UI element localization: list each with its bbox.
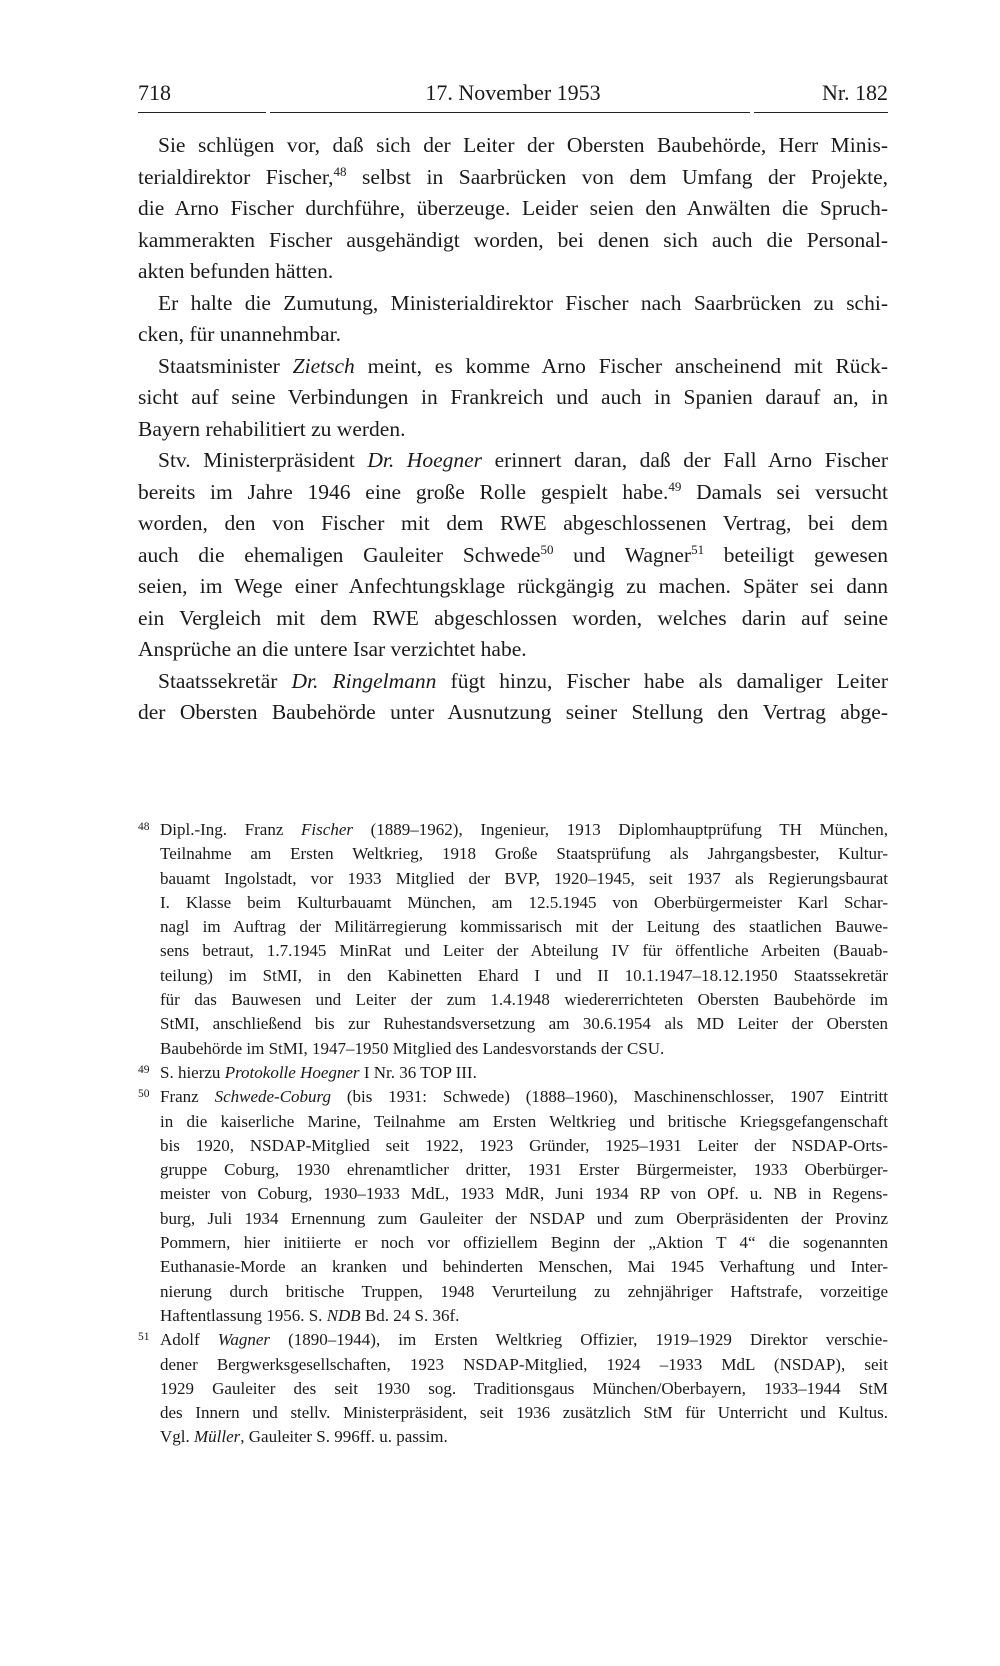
- text-run: Franz: [160, 1087, 215, 1106]
- body-line: auch die ehemaligen Gauleiter Schwede50 …: [138, 540, 888, 572]
- footnote-line: Pommern, hier initiierte er noch vor off…: [160, 1231, 888, 1255]
- footnote-line: bis 1920, NSDAP-Mitglied seit 1922, 1923…: [160, 1134, 888, 1158]
- text-run: die Arno Fischer durchführe, überzeuge. …: [138, 196, 888, 220]
- footnote-50: 50Franz Schwede-Coburg (bis 1931: Schwed…: [138, 1085, 888, 1328]
- body-line: sicht auf seine Verbindungen in Frankrei…: [138, 382, 888, 414]
- footnote-line: Adolf Wagner (1890–1944), im Ersten Welt…: [160, 1328, 888, 1352]
- text-run: Baubehörde im StMI, 1947–1950 Mitglied d…: [160, 1039, 664, 1058]
- text-run: ein Vergleich mit dem RWE abgeschlossen …: [138, 606, 888, 630]
- footnote-line: Vgl. Müller, Gauleiter S. 996ff. u. pass…: [160, 1425, 888, 1449]
- footnote-line: I. Klasse beim Kulturbauamt München, am …: [160, 891, 888, 915]
- text-run: Vgl.: [160, 1427, 194, 1446]
- footnote-reference[interactable]: 50: [540, 542, 553, 557]
- text-run: meint, es komme Arno Fischer anscheinend…: [355, 354, 888, 378]
- footnote-line: nierung durch britische Truppen, 1948 Ve…: [160, 1280, 888, 1304]
- footnote-line: Baubehörde im StMI, 1947–1950 Mitglied d…: [160, 1037, 888, 1061]
- footnote-line: meister von Coburg, 1930–1933 MdL, 1933 …: [160, 1182, 888, 1206]
- running-head-date: 17. November 1953: [138, 78, 888, 108]
- footnote-number: 51: [138, 1325, 150, 1349]
- footnotes: 48Dipl.-Ing. Franz Fischer (1889–1962), …: [138, 818, 888, 1450]
- body-line: Staatssekretär Dr. Ringelmann fügt hinzu…: [138, 666, 888, 698]
- footnote-line: bauamt Ingolstadt, vor 1933 Mitglied der…: [160, 867, 888, 891]
- text-run: bis 1920, NSDAP-Mitglied seit 1922, 1923…: [160, 1136, 888, 1155]
- body-line: kammerakten Fischer ausgehändigt worden,…: [138, 225, 888, 257]
- book-page: 718 17. November 1953 Nr. 182 Sie schlüg…: [138, 78, 888, 729]
- body-line: Ansprüche an die untere Isar verzichtet …: [138, 634, 888, 666]
- footnote-reference[interactable]: 48: [334, 164, 347, 179]
- text-run: fügt hinzu, Fischer habe als damaliger L…: [436, 669, 888, 693]
- italic-name: Schwede-Coburg: [215, 1087, 331, 1106]
- body-line: terialdirektor Fischer,48 selbst in Saar…: [138, 162, 888, 194]
- text-run: beteiligt gewesen: [704, 543, 888, 567]
- footnote-line: gruppe Coburg, 1930 ehrenamtlicher dritt…: [160, 1158, 888, 1182]
- footnote-line: Dipl.-Ing. Franz Fischer (1889–1962), In…: [160, 818, 888, 842]
- text-run: , Gauleiter S. 996ff. u. passim.: [240, 1427, 447, 1446]
- footnote-line: Teilnahme am Ersten Weltkrieg, 1918 Groß…: [160, 842, 888, 866]
- text-run: dener Bergwerksgesellschaften, 1923 NSDA…: [160, 1355, 888, 1374]
- text-run: selbst in Saarbrücken von dem Umfang der…: [347, 165, 888, 189]
- text-run: Staatssekretär: [158, 669, 292, 693]
- text-run: Damals sei versucht: [681, 480, 888, 504]
- footnote-reference[interactable]: 51: [691, 542, 704, 557]
- footnote-line: Franz Schwede-Coburg (bis 1931: Schwede)…: [160, 1085, 888, 1109]
- text-run: Bd. 24 S. 36f.: [361, 1306, 460, 1325]
- italic-name: Fischer: [301, 820, 353, 839]
- text-run: (bis 1931: Schwede) (1888–1960), Maschin…: [331, 1087, 888, 1106]
- text-run: teilung) im StMI, in den Kabinetten Ehar…: [160, 966, 888, 985]
- footnote-line: nagl im Auftrag der Militärregierung kom…: [160, 915, 888, 939]
- text-run: burg, Juli 1934 Ernennung zum Gauleiter …: [160, 1209, 888, 1228]
- body-line: cken, für unannehmbar.: [138, 319, 888, 351]
- footnote-number: 50: [138, 1082, 150, 1106]
- text-run: cken, für unannehmbar.: [138, 322, 341, 346]
- body-line: Stv. Ministerpräsident Dr. Hoegner erinn…: [138, 445, 888, 477]
- text-run: Bayern rehabilitiert zu werden.: [138, 417, 405, 441]
- footnote-line: teilung) im StMI, in den Kabinetten Ehar…: [160, 964, 888, 988]
- footnote-line: Haftentlassung 1956. S. NDB Bd. 24 S. 36…: [160, 1304, 888, 1328]
- footnote-number: 49: [138, 1058, 150, 1082]
- italic-name: Zietsch: [293, 354, 355, 378]
- body-line: seien, im Wege einer Anfechtungsklage rü…: [138, 571, 888, 603]
- text-run: Haftentlassung 1956. S.: [160, 1306, 327, 1325]
- text-run: seien, im Wege einer Anfechtungsklage rü…: [138, 574, 888, 598]
- body-line: akten befunden hätten.: [138, 256, 888, 288]
- text-run: des Innern und stellv. Ministerpräsident…: [160, 1403, 888, 1422]
- body-line: Staatsminister Zietsch meint, es komme A…: [138, 351, 888, 383]
- text-run: erinnert daran, daß der Fall Arno Fische…: [482, 448, 888, 472]
- footnote-line: des Innern und stellv. Ministerpräsident…: [160, 1401, 888, 1425]
- text-run: Pommern, hier initiierte er noch vor off…: [160, 1233, 888, 1252]
- text-run: und Wagner: [553, 543, 691, 567]
- footnote-line: dener Bergwerksgesellschaften, 1923 NSDA…: [160, 1353, 888, 1377]
- footnote-line: burg, Juli 1934 Ernennung zum Gauleiter …: [160, 1207, 888, 1231]
- text-run: in die kaiserliche Marine, Teilnahme am …: [160, 1112, 888, 1131]
- header-rule: [138, 112, 888, 113]
- text-run: Er halte die Zumutung, Ministerialdirekt…: [158, 291, 888, 315]
- text-run: Adolf: [160, 1330, 218, 1349]
- text-run: I Nr. 36 TOP III.: [360, 1063, 477, 1082]
- body-line: bereits im Jahre 1946 eine große Rolle g…: [138, 477, 888, 509]
- text-run: (1890–1944), im Ersten Weltkrieg Offizie…: [270, 1330, 888, 1349]
- body-line: Bayern rehabilitiert zu werden.: [138, 414, 888, 446]
- text-run: Teilnahme am Ersten Weltkrieg, 1918 Groß…: [160, 844, 888, 863]
- body-line: Sie schlügen vor, daß sich der Leiter de…: [138, 130, 888, 162]
- text-run: Staatsminister: [158, 354, 293, 378]
- body-line: worden, den von Fischer mit dem RWE abge…: [138, 508, 888, 540]
- text-run: I. Klasse beim Kulturbauamt München, am …: [160, 893, 888, 912]
- document-number: Nr. 182: [822, 78, 888, 108]
- text-run: StMI, anschließend bis zur Ruhestandsver…: [160, 1014, 888, 1033]
- text-run: Euthanasie-Morde an kranken und behinder…: [160, 1257, 888, 1276]
- italic-name: NDB: [327, 1306, 361, 1325]
- footnote-49: 49S. hierzu Protokolle Hoegner I Nr. 36 …: [138, 1061, 888, 1085]
- footnote-number: 48: [138, 815, 150, 839]
- italic-name: Dr. Ringelmann: [292, 669, 437, 693]
- text-run: sens betraut, 1.7.1945 MinRat und Leiter…: [160, 941, 888, 960]
- footnote-line: Euthanasie-Morde an kranken und behinder…: [160, 1255, 888, 1279]
- text-run: nagl im Auftrag der Militärregierung kom…: [160, 917, 888, 936]
- text-run: für das Bauwesen und Leiter der zum 1.4.…: [160, 990, 888, 1009]
- text-run: bereits im Jahre 1946 eine große Rolle g…: [138, 480, 668, 504]
- footnote-line: StMI, anschließend bis zur Ruhestandsver…: [160, 1012, 888, 1036]
- footnote-line: für das Bauwesen und Leiter der zum 1.4.…: [160, 988, 888, 1012]
- text-run: nierung durch britische Truppen, 1948 Ve…: [160, 1282, 888, 1301]
- text-run: terialdirektor Fischer,: [138, 165, 334, 189]
- text-run: meister von Coburg, 1930–1933 MdL, 1933 …: [160, 1184, 888, 1203]
- body-text: Sie schlügen vor, daß sich der Leiter de…: [138, 130, 888, 729]
- text-run: akten befunden hätten.: [138, 259, 333, 283]
- footnote-line: S. hierzu Protokolle Hoegner I Nr. 36 TO…: [160, 1061, 888, 1085]
- text-run: gruppe Coburg, 1930 ehrenamtlicher dritt…: [160, 1160, 888, 1179]
- footnote-51: 51Adolf Wagner (1890–1944), im Ersten We…: [138, 1328, 888, 1449]
- italic-name: Müller: [194, 1427, 240, 1446]
- text-run: Sie schlügen vor, daß sich der Leiter de…: [158, 133, 888, 157]
- text-run: der Obersten Baubehörde unter Ausnutzung…: [138, 700, 888, 724]
- body-line: der Obersten Baubehörde unter Ausnutzung…: [138, 697, 888, 729]
- text-run: 1929 Gauleiter des seit 1930 sog. Tradit…: [160, 1379, 888, 1398]
- footnote-48: 48Dipl.-Ing. Franz Fischer (1889–1962), …: [138, 818, 888, 1061]
- footnote-reference[interactable]: 49: [668, 479, 681, 494]
- text-run: bauamt Ingolstadt, vor 1933 Mitglied der…: [160, 869, 888, 888]
- italic-name: Wagner: [218, 1330, 270, 1349]
- footnote-line: sens betraut, 1.7.1945 MinRat und Leiter…: [160, 939, 888, 963]
- text-run: sicht auf seine Verbindungen in Frankrei…: [138, 385, 888, 409]
- text-run: auch die ehemaligen Gauleiter Schwede: [138, 543, 540, 567]
- body-line: Er halte die Zumutung, Ministerialdirekt…: [138, 288, 888, 320]
- italic-name: Protokolle Hoegner: [225, 1063, 360, 1082]
- body-line: ein Vergleich mit dem RWE abgeschlossen …: [138, 603, 888, 635]
- text-run: kammerakten Fischer ausgehändigt worden,…: [138, 228, 888, 252]
- footnote-line: 1929 Gauleiter des seit 1930 sog. Tradit…: [160, 1377, 888, 1401]
- text-run: Ansprüche an die untere Isar verzichtet …: [138, 637, 527, 661]
- text-run: worden, den von Fischer mit dem RWE abge…: [138, 511, 888, 535]
- text-run: (1889–1962), Ingenieur, 1913 Diplomhaupt…: [353, 820, 888, 839]
- body-line: die Arno Fischer durchführe, überzeuge. …: [138, 193, 888, 225]
- running-head: 718 17. November 1953 Nr. 182: [138, 78, 888, 112]
- text-run: Dipl.-Ing. Franz: [160, 820, 301, 839]
- italic-name: Dr. Hoegner: [367, 448, 482, 472]
- footnote-line: in die kaiserliche Marine, Teilnahme am …: [160, 1110, 888, 1134]
- text-run: Stv. Ministerpräsident: [158, 448, 367, 472]
- text-run: S. hierzu: [160, 1063, 225, 1082]
